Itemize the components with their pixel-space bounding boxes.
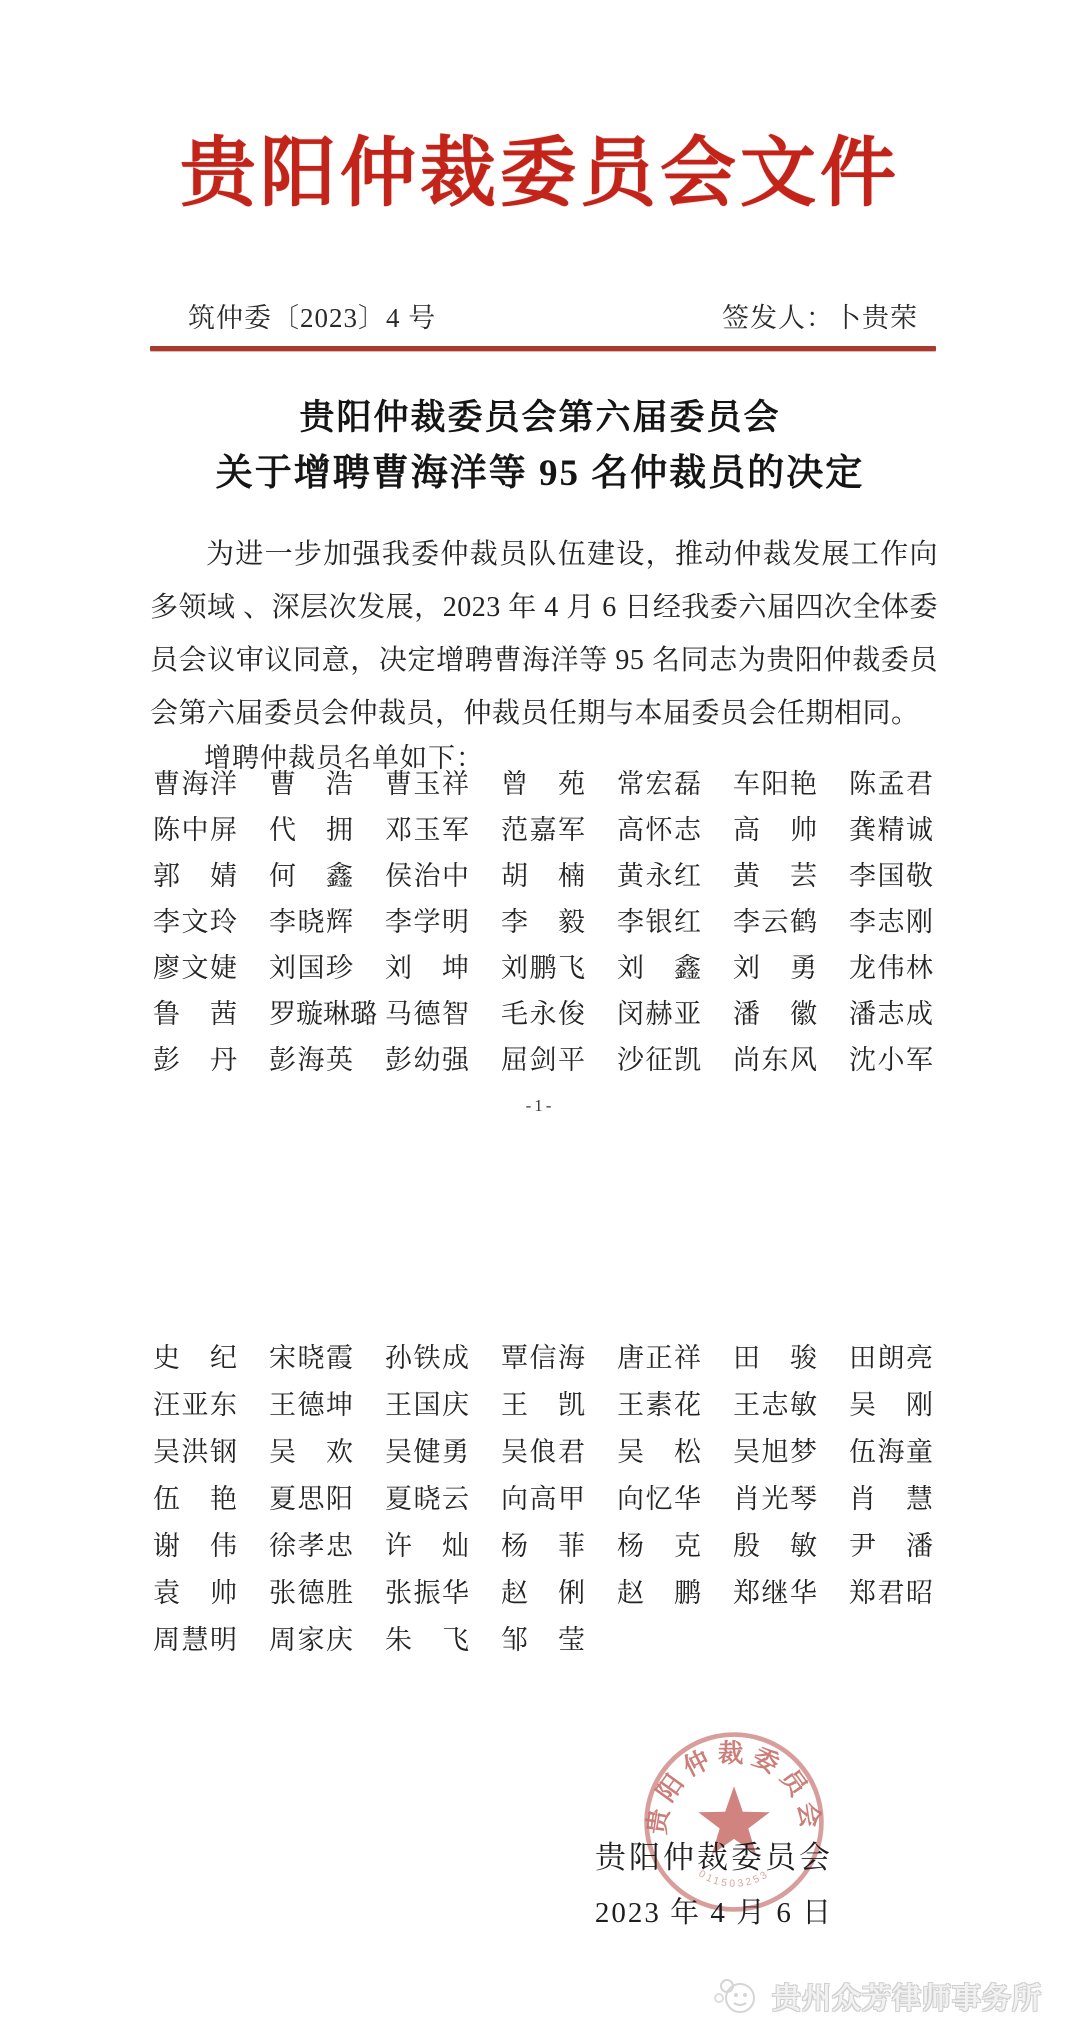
- arbitrator-name: 廖文婕: [153, 952, 237, 998]
- doc-title-line2: 关于增聘曹海洋等 95 名仲裁员的决定: [0, 450, 1080, 498]
- arbitrator-name: 王素花: [617, 1389, 701, 1436]
- law-firm-logo-icon: [710, 1974, 762, 2018]
- doc-title: 贵阳仲裁委员会第六届委员会 关于增聘曹海洋等 95 名仲裁员的决定: [0, 394, 1080, 498]
- arbitrator-name: 高帅: [733, 814, 817, 860]
- arbitrator-name: 王国庆: [385, 1389, 469, 1436]
- arbitrator-name: 吴俍君: [501, 1436, 585, 1483]
- arbitrator-name: 杨克: [617, 1530, 701, 1577]
- arbitrator-name: 高怀志: [617, 814, 701, 860]
- arbitrator-name: 黄芸: [733, 860, 817, 906]
- arbitrator-name: 潘志成: [849, 998, 933, 1044]
- arbitrator-name: 李银红: [617, 906, 701, 952]
- arbitrator-name: 侯治中: [385, 860, 469, 906]
- issuer-line: 签发人：卜贵荣: [722, 296, 918, 335]
- signature-date: 2023 年 4 月 6 日: [528, 1890, 900, 1931]
- arbitrator-name: 覃信海: [501, 1342, 585, 1389]
- arbitrator-name: 李云鹤: [733, 906, 817, 952]
- arbitrator-name: 向忆华: [617, 1483, 701, 1530]
- law-firm-watermark: 贵州众芳律师事务所: [710, 1974, 1042, 2018]
- arbitrator-name: 朱飞: [385, 1624, 469, 1671]
- law-firm-name: 贵州众芳律师事务所: [772, 1976, 1042, 2017]
- arbitrator-name: 龚精诚: [849, 814, 933, 860]
- arbitrator-name: 唐正祥: [617, 1342, 701, 1389]
- arbitrator-name: 张振华: [385, 1577, 469, 1624]
- document-page: 贵阳仲裁委员会文件 筑仲委〔2023〕4 号 签发人：卜贵荣 贵阳仲裁委员会第六…: [0, 0, 1080, 2041]
- arbitrator-name: 杨菲: [501, 1530, 585, 1577]
- arbitrator-name: 龙伟林: [849, 952, 933, 998]
- arbitrator-name: 徐孝忠: [269, 1530, 353, 1577]
- arbitrator-name: 刘鹏飞: [501, 952, 585, 998]
- arbitrator-name: 郑君昭: [849, 1577, 933, 1624]
- arbitrator-name: 李晓辉: [269, 906, 353, 952]
- arbitrator-name: 马德智: [385, 998, 469, 1044]
- arbitrator-name: 曹浩: [269, 768, 353, 814]
- arbitrator-name: 吴洪钢: [153, 1436, 237, 1483]
- arbitrator-name: 李毅: [501, 906, 585, 952]
- arbitrator-name: 肖慧: [849, 1483, 933, 1530]
- arbitrator-name: 彭丹: [153, 1044, 237, 1090]
- arbitrator-name: 沈小军: [849, 1044, 933, 1090]
- arbitrator-name: 曹玉祥: [385, 768, 469, 814]
- arbitrator-name: 田骏: [733, 1342, 817, 1389]
- arbitrator-name: 刘鑫: [617, 952, 701, 998]
- arbitrator-name: 彭海英: [269, 1044, 353, 1090]
- arbitrator-name: 陈中屏: [153, 814, 237, 860]
- arbitrator-name: 伍艳: [153, 1483, 237, 1530]
- arbitrator-name: 郭婧: [153, 860, 237, 906]
- arbitrator-name: 刘勇: [733, 952, 817, 998]
- arbitrator-name: 王凯: [501, 1389, 585, 1436]
- body-paragraph: 为进一步加强我委仲裁员队伍建设，推动仲裁发展工作向多领域 、深层次发展，2023…: [150, 528, 938, 740]
- arbitrator-name: 代拥: [269, 814, 353, 860]
- arbitrator-name: 李志刚: [849, 906, 933, 952]
- arbitrator-name: 闵赫亚: [617, 998, 701, 1044]
- arbitrator-name: 肖光琴: [733, 1483, 817, 1530]
- arbitrator-name: 曹海洋: [153, 768, 237, 814]
- arbitrator-name: 吴欢: [269, 1436, 353, 1483]
- arbitrator-name: 沙征凯: [617, 1044, 701, 1090]
- arbitrator-name: 夏晓云: [385, 1483, 469, 1530]
- name-list-page2: 史纪宋晓霞孙铁成覃信海唐正祥田骏田朗亮汪亚东王德坤王国庆王凯王素花王志敏吴刚吴洪…: [153, 1342, 943, 1671]
- arbitrator-name: 罗璇琳璐: [269, 998, 353, 1044]
- arbitrator-name: 夏思阳: [269, 1483, 353, 1530]
- arbitrator-name: 宋晓霞: [269, 1342, 353, 1389]
- doc-title-line1: 贵阳仲裁委员会第六届委员会: [0, 394, 1080, 442]
- arbitrator-name: 王德坤: [269, 1389, 353, 1436]
- arbitrator-name: 陈孟君: [849, 768, 933, 814]
- arbitrator-name: 孙铁成: [385, 1342, 469, 1389]
- arbitrator-name: 许灿: [385, 1530, 469, 1577]
- arbitrator-name: 邓玉军: [385, 814, 469, 860]
- arbitrator-name: 李国敬: [849, 860, 933, 906]
- arbitrator-name: 袁帅: [153, 1577, 237, 1624]
- arbitrator-name: 范嘉军: [501, 814, 585, 860]
- arbitrator-name: 胡楠: [501, 860, 585, 906]
- arbitrator-name: 尹潘: [849, 1530, 933, 1577]
- arbitrator-name: 吴健勇: [385, 1436, 469, 1483]
- arbitrator-name: 郑继华: [733, 1577, 817, 1624]
- page-number: -1-: [0, 1096, 1080, 1116]
- signature-org: 贵阳仲裁委员会: [528, 1832, 900, 1877]
- arbitrator-name: 车阳艳: [733, 768, 817, 814]
- arbitrator-name: 史纪: [153, 1342, 237, 1389]
- arbitrator-name: 伍海童: [849, 1436, 933, 1483]
- arbitrator-name: 向高甲: [501, 1483, 585, 1530]
- arbitrator-name: 彭幼强: [385, 1044, 469, 1090]
- doc-number: 筑仲委〔2023〕4 号: [188, 296, 436, 335]
- arbitrator-name: 张德胜: [269, 1577, 353, 1624]
- arbitrator-name: 刘国珍: [269, 952, 353, 998]
- arbitrator-name: 曾苑: [501, 768, 585, 814]
- arbitrator-name: 谢伟: [153, 1530, 237, 1577]
- arbitrator-name: 吴刚: [849, 1389, 933, 1436]
- arbitrator-name: 汪亚东: [153, 1389, 237, 1436]
- arbitrator-name: 赵俐: [501, 1577, 585, 1624]
- arbitrator-name: 李文玲: [153, 906, 237, 952]
- arbitrator-name: 吴松: [617, 1436, 701, 1483]
- arbitrator-name: 刘坤: [385, 952, 469, 998]
- arbitrator-name: 屈剑平: [501, 1044, 585, 1090]
- red-divider-rule: [150, 346, 936, 351]
- arbitrator-name: 吴旭梦: [733, 1436, 817, 1483]
- name-list-page1: 曹海洋曹浩曹玉祥曾苑常宏磊车阳艳陈孟君陈中屏代拥邓玉军范嘉军高怀志高帅龚精诚郭婧…: [153, 768, 943, 1090]
- doc-number-row: 筑仲委〔2023〕4 号 签发人：卜贵荣: [188, 296, 918, 335]
- arbitrator-name: 周慧明: [153, 1624, 237, 1671]
- arbitrator-name: 何鑫: [269, 860, 353, 906]
- arbitrator-name: 常宏磊: [617, 768, 701, 814]
- arbitrator-name: 毛永俊: [501, 998, 585, 1044]
- arbitrator-name: 潘徽: [733, 998, 817, 1044]
- arbitrator-name: 尚东风: [733, 1044, 817, 1090]
- arbitrator-name: 王志敏: [733, 1389, 817, 1436]
- arbitrator-name: 鲁茜: [153, 998, 237, 1044]
- letterhead-title: 贵阳仲裁委员会文件: [0, 112, 1080, 221]
- arbitrator-name: 赵鹏: [617, 1577, 701, 1624]
- arbitrator-name: 田朗亮: [849, 1342, 933, 1389]
- arbitrator-name: 殷敏: [733, 1530, 817, 1577]
- arbitrator-name: 周家庆: [269, 1624, 353, 1671]
- arbitrator-name: 邹莹: [501, 1624, 585, 1671]
- arbitrator-name: 黄永红: [617, 860, 701, 906]
- signature-block: 贵阳仲裁委员会 2023 年 4 月 6 日: [528, 1832, 900, 1931]
- arbitrator-name: 李学明: [385, 906, 469, 952]
